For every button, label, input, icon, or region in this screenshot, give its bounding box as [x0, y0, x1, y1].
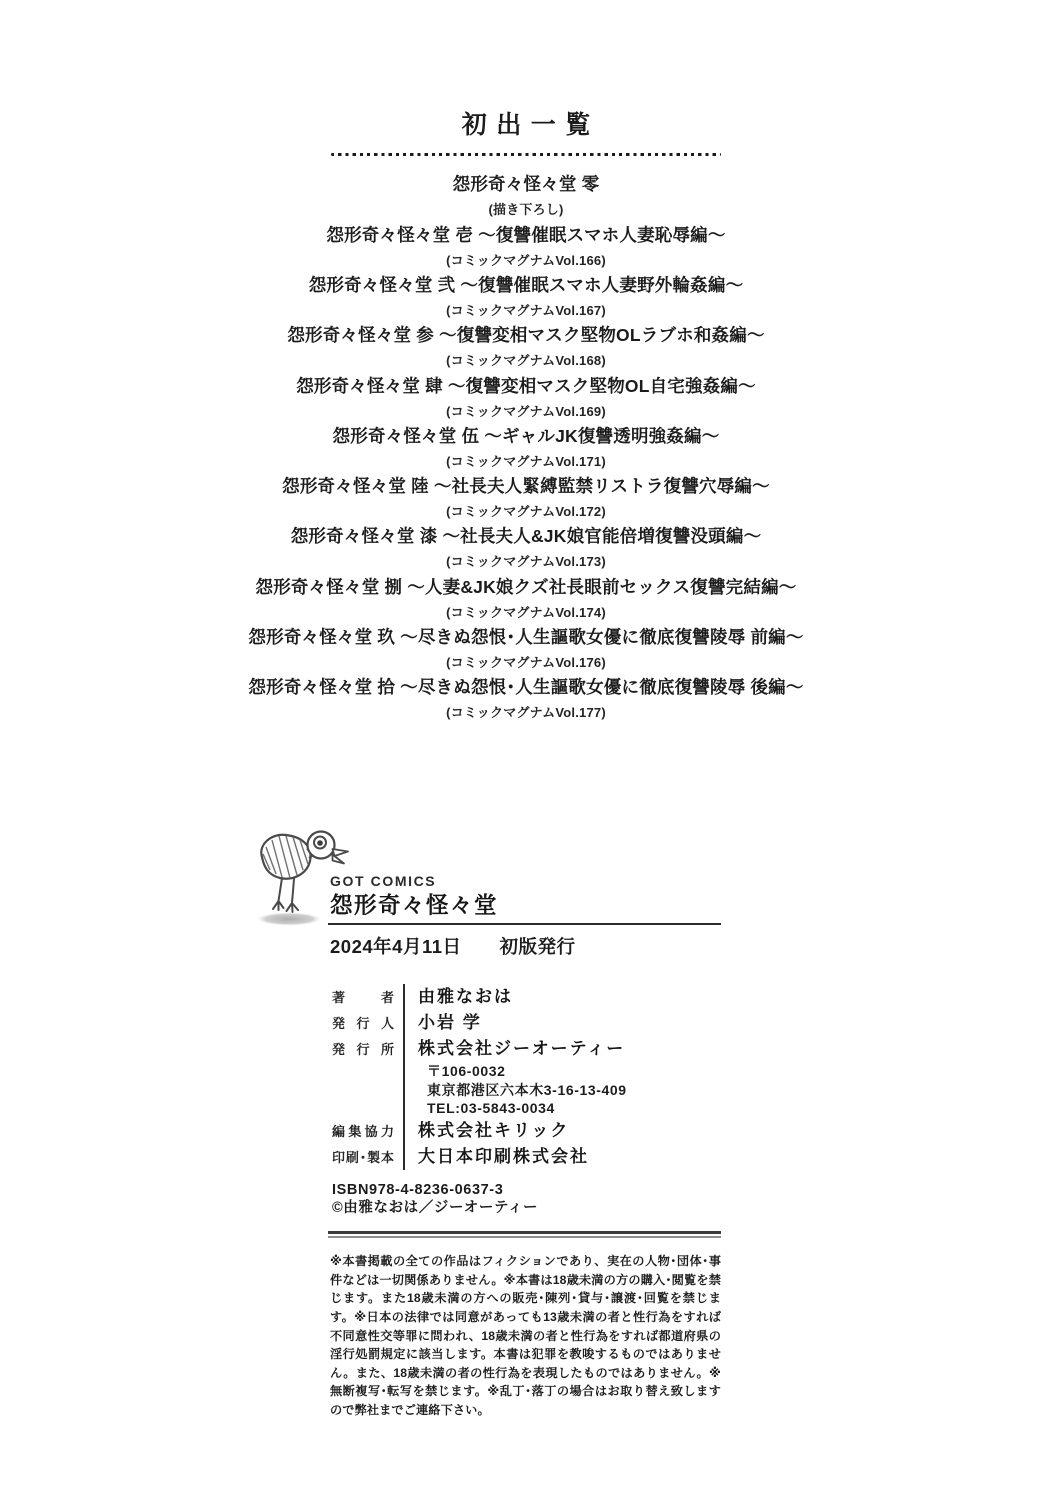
credit-value: 由雅なおは — [418, 984, 721, 1010]
credit-row: 発行人 小岩 学 — [330, 1010, 721, 1036]
publication-source: (コミックマグナムVol.169) — [0, 400, 1052, 423]
legal-disclaimer: ※本書掲載の全ての作品はフィクションであり、実在の人物･団体･事件などは一切関係… — [330, 1252, 721, 1419]
publication-item: 怨形奇々怪々堂 伍 ～ギャルJK復讐透明強姦編～ (コミックマグナムVol.17… — [0, 423, 1052, 473]
publisher-address: 〒106-0032東京都港区六本木3-16-13-409TEL:03-5843-… — [418, 1062, 721, 1118]
publisher-address-line: 〒106-0032 — [418, 1062, 721, 1081]
publication-item: 怨形奇々怪々堂 玖 ～尽きぬ怨恨･人生謳歌女優に徹底復讐陵辱 前編～ (コミック… — [0, 624, 1052, 674]
publication-title: 怨形奇々怪々堂 伍 ～ギャルJK復讐透明強姦編～ — [0, 423, 1052, 450]
publication-source: (コミックマグナムVol.177) — [0, 701, 1052, 724]
publication-source: (コミックマグナムVol.176) — [0, 651, 1052, 674]
isbn: ISBN978-4-8236-0637-3 — [332, 1181, 721, 1200]
page-root: 初出一覧 怨形奇々怪々堂 零 (描き下ろし) 怨形奇々怪々堂 壱 ～復讐催眠スマ… — [0, 0, 1052, 1500]
credit-value: 大日本印刷株式会社 — [418, 1144, 721, 1170]
colophon-section: GOT COMICS 怨形奇々怪々堂 2024年4月11日 初版発行 著者 由雅… — [330, 873, 721, 1432]
book-title: 怨形奇々怪々堂 — [330, 893, 721, 919]
credit-label: 印刷･製本 — [332, 1144, 394, 1170]
publication-title: 怨形奇々怪々堂 弐 ～復讐催眠スマホ人妻野外輪姦編～ — [0, 272, 1052, 299]
credit-row: 著者 由雅なおは — [330, 984, 721, 1010]
credit-row: 発行所 株式会社ジーオーティー 〒106-0032東京都港区六本木3-16-13… — [330, 1036, 721, 1118]
credit-label: 発行人 — [332, 1010, 394, 1036]
publication-item: 怨形奇々怪々堂 参 ～復讐変相マスク堅物OLラブホ和姦編～ (コミックマグナムV… — [0, 322, 1052, 372]
publication-item: 怨形奇々怪々堂 零 (描き下ろし) — [0, 171, 1052, 221]
publication-item: 怨形奇々怪々堂 捌 ～人妻&JK娘クズ社長眼前セックス復讐完結編～ (コミックマ… — [0, 574, 1052, 624]
credit-value: 株式会社キリック — [418, 1118, 721, 1144]
publication-item: 怨形奇々怪々堂 拾 ～尽きぬ怨恨･人生謳歌女優に徹底復讐陵辱 後編～ (コミック… — [0, 674, 1052, 724]
credit-label: 著者 — [332, 984, 394, 1010]
publication-title: 怨形奇々怪々堂 参 ～復讐変相マスク堅物OLラブホ和姦編～ — [0, 322, 1052, 349]
publication-source: (コミックマグナムVol.167) — [0, 299, 1052, 322]
credit-cell: 小岩 学 — [403, 1010, 721, 1036]
publication-source: (コミックマグナムVol.172) — [0, 500, 1052, 523]
publication-title: 怨形奇々怪々堂 壱 ～復讐催眠スマホ人妻恥辱編～ — [0, 222, 1052, 249]
credit-label: 発行所 — [332, 1036, 394, 1118]
publication-source: (コミックマグナムVol.166) — [0, 249, 1052, 272]
publication-item: 怨形奇々怪々堂 肆 ～復讐変相マスク堅物OL自宅強姦編～ (コミックマグナムVo… — [0, 373, 1052, 423]
publication-item: 怨形奇々怪々堂 漆 ～社長夫人&JK娘官能倍増復讐没頭編～ (コミックマグナムV… — [0, 523, 1052, 573]
credit-value: 株式会社ジーオーティー — [418, 1036, 721, 1062]
publication-item: 怨形奇々怪々堂 弐 ～復讐催眠スマホ人妻野外輪姦編～ (コミックマグナムVol.… — [0, 272, 1052, 322]
credit-cell: 由雅なおは — [403, 984, 721, 1010]
copyright-line: ©由雅なおは／ジーオーティー — [332, 1199, 721, 1218]
publication-item: 怨形奇々怪々堂 壱 ～復讐催眠スマホ人妻恥辱編～ (コミックマグナムVol.16… — [0, 222, 1052, 272]
credit-value: 小岩 学 — [418, 1010, 721, 1036]
double-rule — [328, 1231, 721, 1239]
publication-title: 怨形奇々怪々堂 捌 ～人妻&JK娘クズ社長眼前セックス復讐完結編～ — [0, 574, 1052, 601]
publisher-address-line: TEL:03-5843-0034 — [418, 1099, 721, 1118]
credit-row: 編集協力 株式会社キリック — [330, 1118, 721, 1144]
credit-cell: 株式会社キリック — [403, 1118, 721, 1144]
publication-title: 怨形奇々怪々堂 零 — [0, 171, 1052, 198]
section-title: 初出一覧 — [0, 110, 1052, 140]
credit-label: 編集協力 — [332, 1118, 394, 1144]
title-rule — [328, 923, 721, 925]
publication-source: (コミックマグナムVol.174) — [0, 601, 1052, 624]
isbn-block: ISBN978-4-8236-0637-3 ©由雅なおは／ジーオーティー — [332, 1181, 721, 1218]
credit-row: 印刷･製本 大日本印刷株式会社 — [330, 1144, 721, 1170]
publication-source: (コミックマグナムVol.173) — [0, 550, 1052, 573]
credit-cell: 大日本印刷株式会社 — [403, 1144, 721, 1170]
publication-title: 怨形奇々怪々堂 陸 ～社長夫人緊縛監禁リストラ復讐穴辱編～ — [0, 473, 1052, 500]
publication-source: (コミックマグナムVol.171) — [0, 450, 1052, 473]
publication-title: 怨形奇々怪々堂 拾 ～尽きぬ怨恨･人生謳歌女優に徹底復讐陵辱 後編～ — [0, 674, 1052, 701]
publication-list: 怨形奇々怪々堂 零 (描き下ろし) 怨形奇々怪々堂 壱 ～復讐催眠スマホ人妻恥辱… — [0, 171, 1052, 724]
publisher-address-line: 東京都港区六本木3-16-13-409 — [418, 1081, 721, 1100]
edition-date: 2024年4月11日 初版発行 — [330, 934, 721, 959]
credit-cell: 株式会社ジーオーティー 〒106-0032東京都港区六本木3-16-13-409… — [403, 1036, 721, 1118]
publication-title: 怨形奇々怪々堂 肆 ～復讐変相マスク堅物OL自宅強姦編～ — [0, 373, 1052, 400]
first-publication-section: 初出一覧 怨形奇々怪々堂 零 (描き下ろし) 怨形奇々怪々堂 壱 ～復讐催眠スマ… — [0, 110, 1052, 725]
publication-title: 怨形奇々怪々堂 玖 ～尽きぬ怨恨･人生謳歌女優に徹底復讐陵辱 前編～ — [0, 624, 1052, 651]
brand-label: GOT COMICS — [330, 873, 721, 890]
publication-source: (コミックマグナムVol.168) — [0, 349, 1052, 372]
publication-source: (描き下ろし) — [0, 198, 1052, 221]
credits-table: 著者 由雅なおは 発行人 小岩 学 発行所 株式会社ジーオーティー 〒106-0… — [330, 984, 721, 1170]
publication-title: 怨形奇々怪々堂 漆 ～社長夫人&JK娘官能倍増復讐没頭編～ — [0, 523, 1052, 550]
dotted-divider — [331, 153, 721, 156]
publication-item: 怨形奇々怪々堂 陸 ～社長夫人緊縛監禁リストラ復讐穴辱編～ (コミックマグナムV… — [0, 473, 1052, 523]
